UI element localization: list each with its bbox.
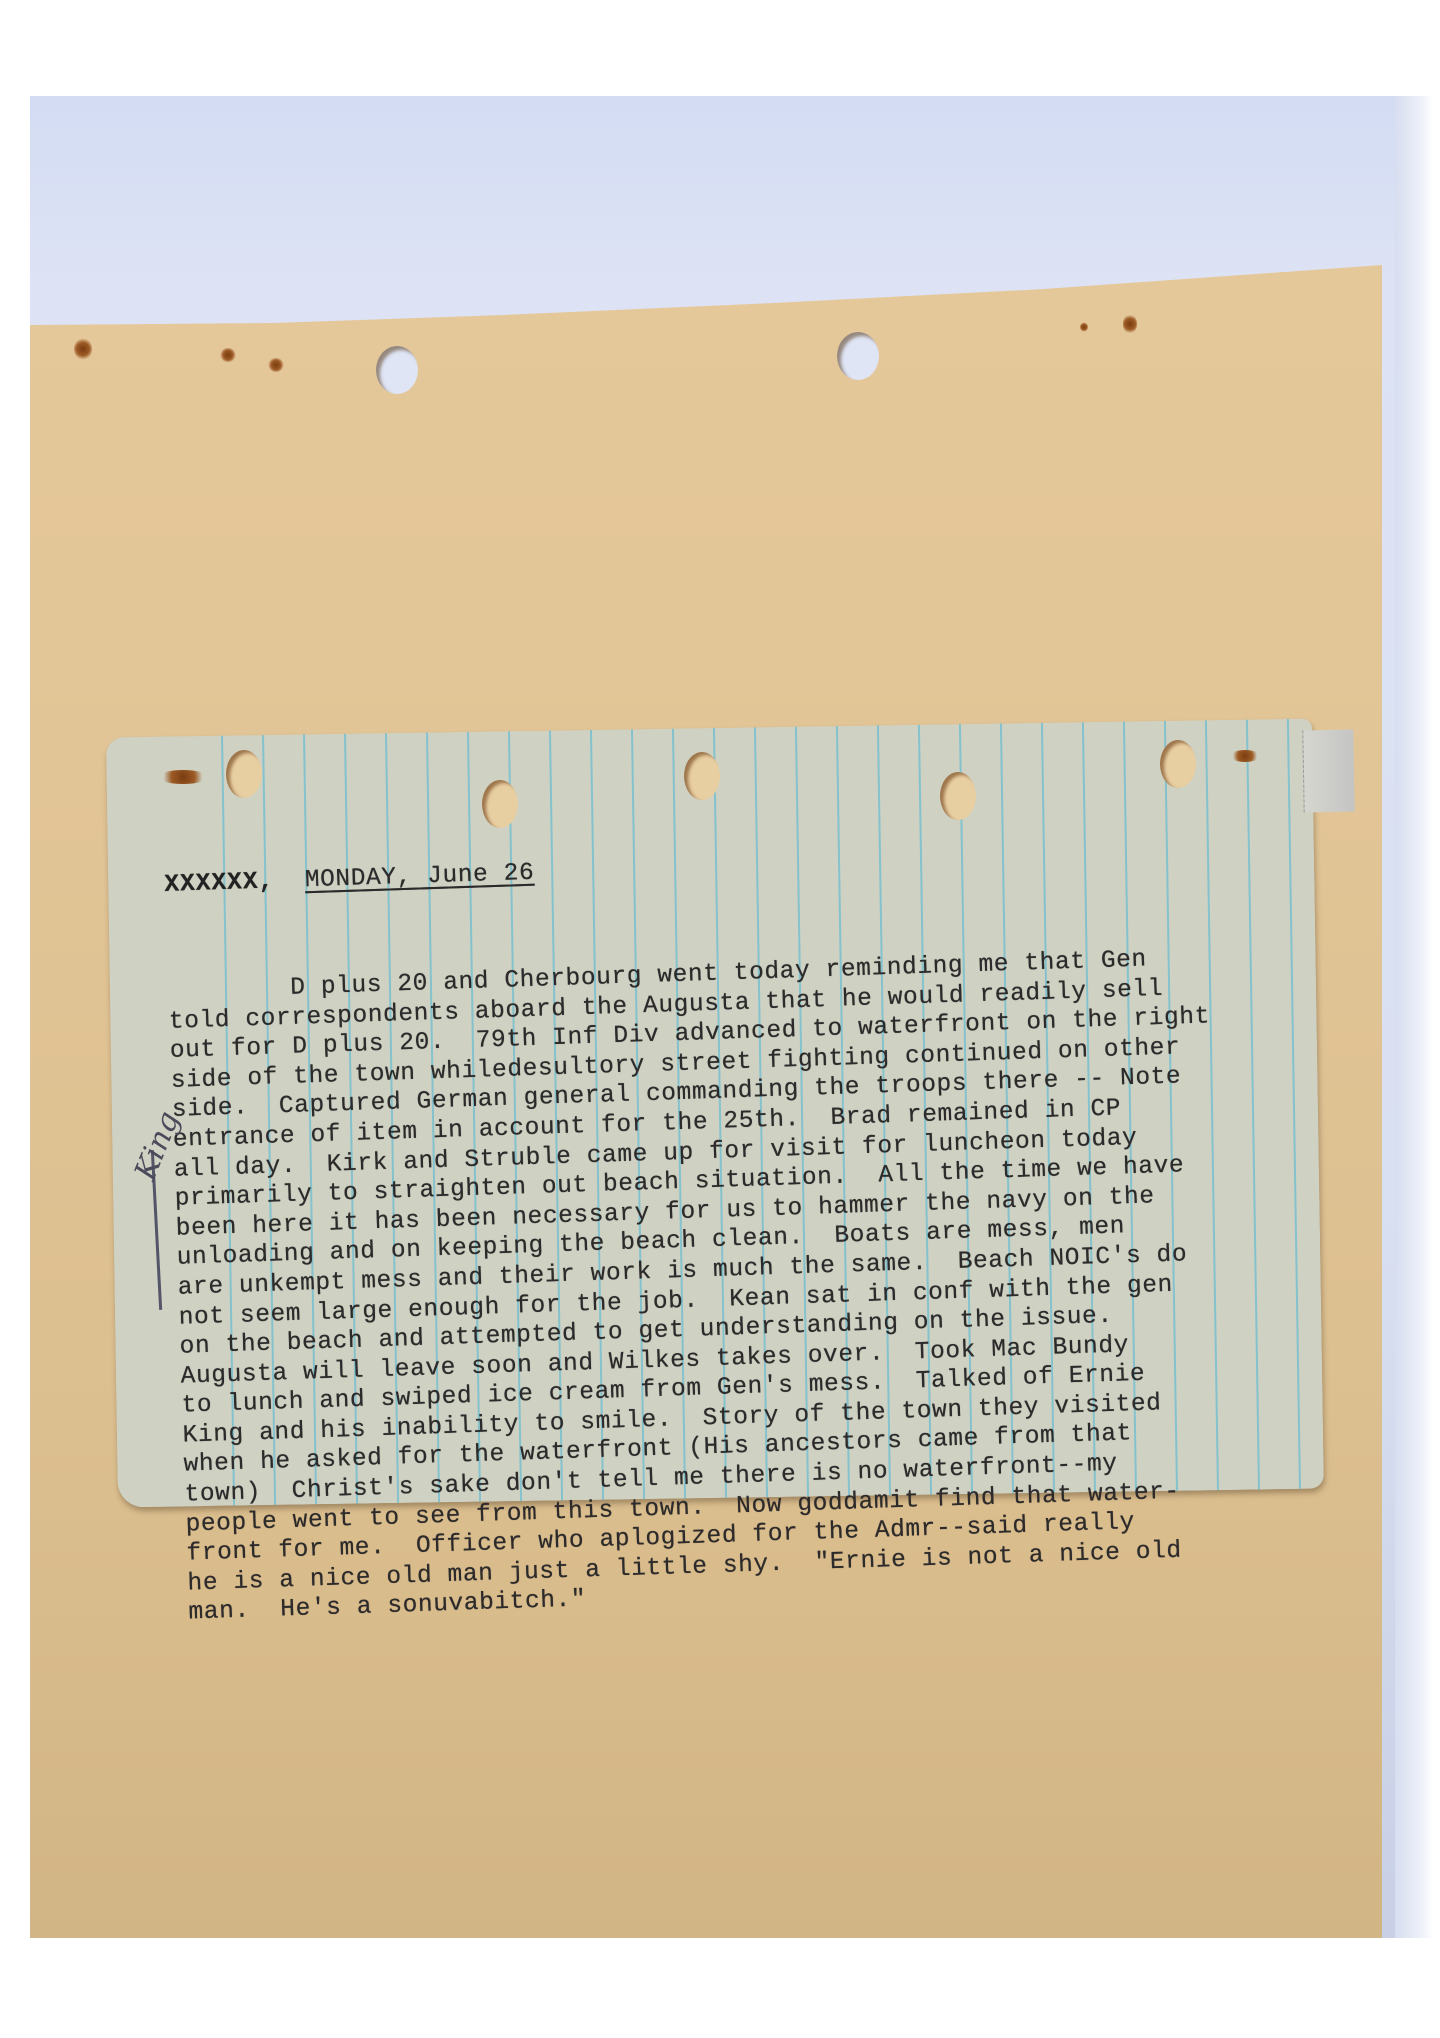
entry-date: MONDAY, June 26 <box>304 860 534 895</box>
tape-strip <box>1302 730 1354 813</box>
rust-spot <box>1230 750 1260 762</box>
rust-spot <box>158 770 208 784</box>
punch-hole-right <box>837 332 879 380</box>
struck-out-word: XXXXXX, <box>164 869 275 900</box>
typed-entry: XXXXXX, MONDAY, June 26 D plus 20 and Ch… <box>162 774 1329 1658</box>
entry-body: D plus 20 and Cherbourg went today remin… <box>168 940 1329 1629</box>
punch-hole-left <box>376 346 418 394</box>
card-hole <box>226 750 262 798</box>
rust-spot <box>268 358 284 372</box>
backing-edge <box>1395 96 1433 1938</box>
rust-spot <box>220 348 236 362</box>
entry-heading: XXXXXX, MONDAY, June 26 <box>164 833 1304 900</box>
rust-spot <box>1080 322 1088 332</box>
rust-spot <box>74 338 92 360</box>
rust-spot <box>1123 314 1137 334</box>
